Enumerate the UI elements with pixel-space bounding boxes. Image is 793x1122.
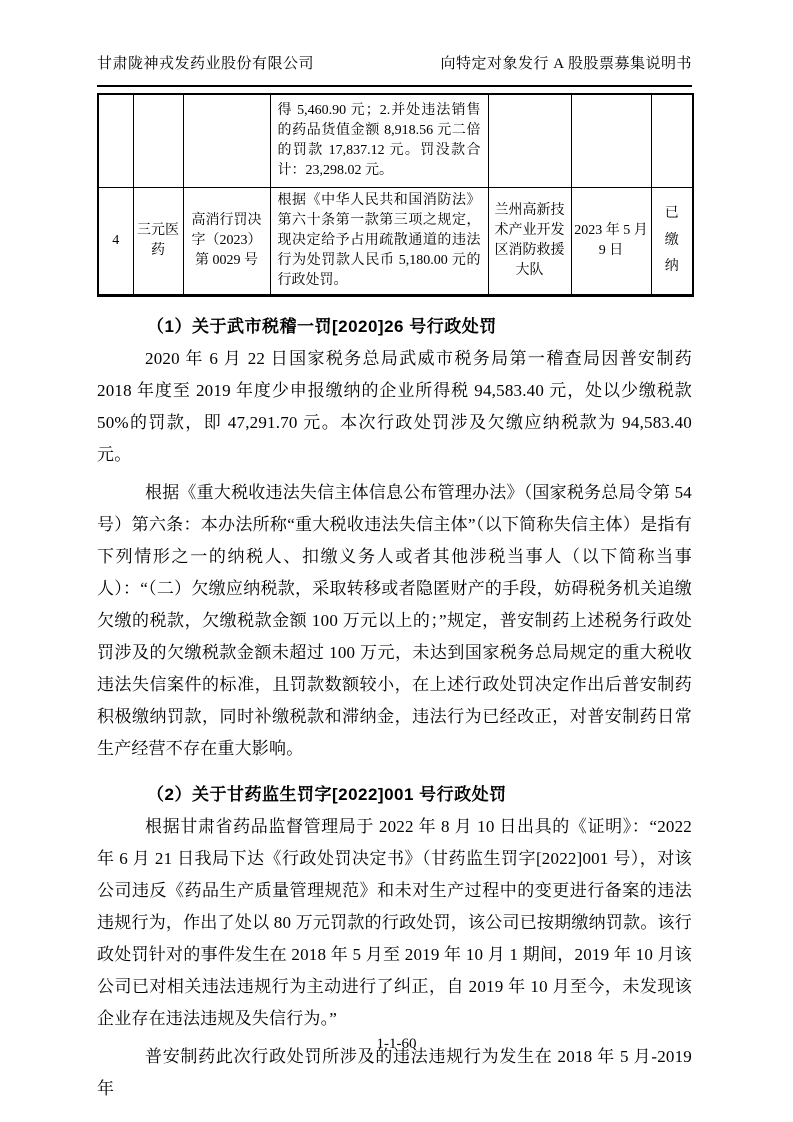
cell-penalty-description: 根据《中华人民共和国消防法》第六十条第一款第三项之规定，现决定给予占用疏散通道的… — [270, 188, 488, 296]
header-company-name: 甘肃陇神戎发药业股份有限公司 — [97, 52, 314, 73]
penalty-table: 得 5,460.90 元；2.并处违法销售的药品货值金额 8,918.56 元二… — [97, 93, 694, 297]
page-header: 甘肃陇神戎发药业股份有限公司 向特定对象发行 A 股股票募集说明书 — [97, 52, 692, 87]
document-page: 甘肃陇神戎发药业股份有限公司 向特定对象发行 A 股股票募集说明书 得 5,46… — [0, 0, 793, 1122]
document-body: （1）关于武市税稽一罚[2020]26 号行政处罚 2020 年 6 月 22 … — [97, 312, 692, 1105]
status-vertical-text: 已缴纳 — [664, 201, 679, 281]
table-row-continued: 得 5,460.90 元；2.并处违法销售的药品货值金额 8,918.56 元二… — [98, 94, 693, 188]
paragraph: 2020 年 6 月 22 日国家税务总局武威市税务局第一稽查局因普安制药 20… — [97, 343, 692, 471]
paragraph: 根据《重大税收违法失信主体信息公布管理办法》（国家税务总局令第 54 号）第六条… — [97, 477, 692, 765]
cell-no — [98, 94, 133, 188]
section-heading-2: （2）关于甘药监生罚字[2022]001 号行政处罚 — [97, 780, 692, 805]
cell-authority — [488, 94, 571, 188]
cell-company: 三元医药 — [133, 188, 183, 296]
cell-doc-number — [183, 94, 270, 188]
cell-authority: 兰州高新技术产业开发区消防救援大队 — [488, 188, 571, 296]
page-footer: 1-1-60 — [0, 1036, 793, 1053]
cell-company — [133, 94, 183, 188]
cell-status — [651, 94, 693, 188]
cell-penalty-description: 得 5,460.90 元；2.并处违法销售的药品货值金额 8,918.56 元二… — [270, 94, 488, 188]
section-heading-1: （1）关于武市税稽一罚[2020]26 号行政处罚 — [97, 312, 692, 337]
cell-no: 4 — [98, 188, 133, 296]
page-number: 1-1-60 — [377, 1036, 417, 1052]
cell-doc-number: 高消行罚决字（2023）第 0029 号 — [183, 188, 270, 296]
cell-status: 已缴纳 — [651, 188, 693, 296]
header-doc-title: 向特定对象发行 A 股股票募集说明书 — [440, 52, 692, 73]
cell-date — [571, 94, 651, 188]
cell-date: 2023 年 5 月 9 日 — [571, 188, 651, 296]
paragraph: 根据甘肃省药品监督管理局于 2022 年 8 月 10 日出具的《证明》：“20… — [97, 811, 692, 1035]
table-row: 4 三元医药 高消行罚决字（2023）第 0029 号 根据《中华人民共和国消防… — [98, 188, 693, 296]
